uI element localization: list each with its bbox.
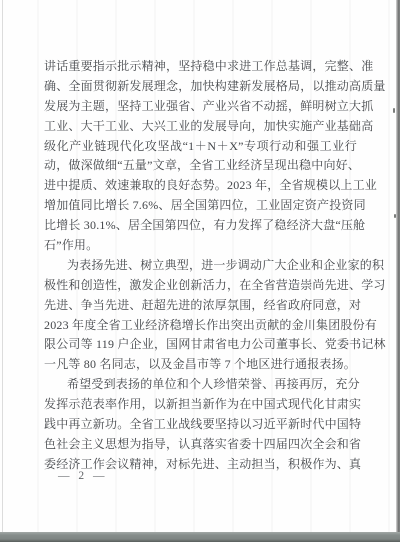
text-line: 确、全面贯彻新发展理念，加快构建新发展格局，以推动高质量 [44, 77, 357, 97]
text-line: 为表扬先进、树立典型，进一步调动广大企业和企业家的积 [44, 256, 357, 276]
paragraph: 希望受到表扬的单位和个人珍惜荣誉、再接再厉，充分 发挥示范表率作用，以新担当新作… [44, 375, 357, 474]
scan-edge-bottom [0, 532, 400, 542]
text-line: 动，做深做细“五量”文章，全省工业经济呈现出稳中向好、 [44, 156, 357, 176]
text-line: 践中再立新功。全省工业战线要坚持以习近平新时代中国特 [44, 415, 357, 435]
text-line: 增加值同比增长 7.6%、居全国第四位，工业固定资产投资同 [44, 196, 357, 216]
text-line: 讲话重要指示批示精神，坚持稳中求进工作总基调，完整、准 [44, 57, 357, 77]
scan-edge-right [396, 0, 400, 542]
text-line: 一凡等 80 名同志，以及金昌市等 7 个地区进行通报表扬。 [44, 355, 357, 375]
text-line: 希望受到表扬的单位和个人珍惜荣誉、再接再厉，充分 [44, 375, 357, 395]
text-line: 级化产业链现代化攻坚战“1＋N＋X”专项行动和强工业行 [44, 137, 357, 157]
text-line: 色社会主义思想为指导，认真落实省委十四届四次全会和省 [44, 435, 357, 455]
scan-noise-speck [393, 108, 395, 113]
text-line: 发挥示范表率作用，以新担当新作为在中国式现代化甘肃实 [44, 395, 357, 415]
text-line: 先进、争当先进、赶超先进的浓厚氛围，经省政府同意，对 [44, 296, 357, 316]
scan-edge-left [2, 0, 3, 542]
text-line: 进中提质、效速兼取的良好态势。2023 年，全省规模以上工业 [44, 176, 357, 196]
document-body-text: 讲话重要指示批示精神，坚持稳中求进工作总基调，完整、准 确、全面贯彻新发展理念，… [44, 57, 357, 475]
text-line: 极性和创造性，激发企业创新活力，在全省营造崇尚先进、学习 [44, 276, 357, 296]
page-number: — 2 — [58, 470, 108, 482]
text-line: 发展为主题，坚持工业强省、产业兴省不动摇，鲜明树立大抓 [44, 97, 357, 117]
document-page: 讲话重要指示批示精神，坚持稳中求进工作总基调，完整、准 确、全面贯彻新发展理念，… [0, 0, 400, 542]
text-line: 工业、大干工业、大兴工业的发展导向，加快实施产业基础高 [44, 117, 357, 137]
text-line: 石”作用。 [44, 236, 357, 256]
text-line: 2023 年度全省工业经济稳增长作出突出贡献的金川集团股份有 [44, 316, 357, 336]
text-line: 比增长 30.1%、居全国第四位，有力发挥了稳经济大盘“压舱 [44, 216, 357, 236]
paragraph: 讲话重要指示批示精神，坚持稳中求进工作总基调，完整、准 确、全面贯彻新发展理念，… [44, 57, 357, 256]
paragraph: 为表扬先进、树立典型，进一步调动广大企业和企业家的积 极性和创造性，激发企业创新… [44, 256, 357, 375]
text-line: 限公司等 119 户企业，国网甘肃省电力公司董事长、党委书记林 [44, 335, 357, 355]
